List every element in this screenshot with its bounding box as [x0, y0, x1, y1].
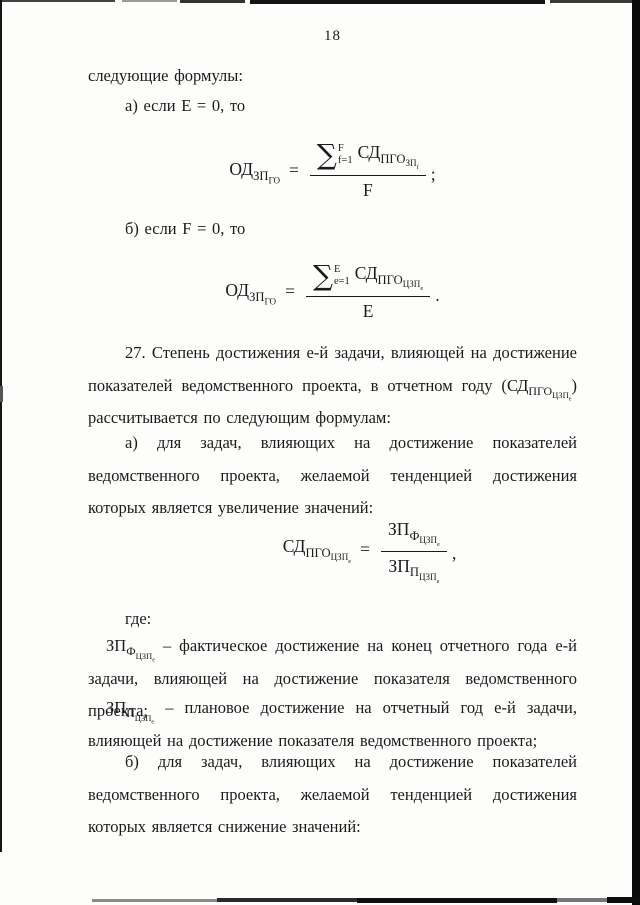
paragraph-intro: следующие формулы:	[88, 60, 577, 93]
term-subsub: ЦЗП	[552, 390, 569, 400]
scan-edge-top	[0, 0, 115, 2]
scan-edge-left	[0, 0, 2, 852]
scan-edge-top	[180, 0, 245, 3]
term-sub: Ф	[126, 644, 135, 658]
fraction: ∑ Ff=1 СДПГОЗПf F	[310, 139, 426, 201]
inline-term-zp-f: ЗПФЦЗПе	[106, 636, 155, 655]
term-sub: ЗП	[249, 290, 264, 304]
term-subsub: ЦЗП	[135, 713, 152, 723]
sum-limits: Ff=1	[338, 143, 353, 167]
paragraph-27: 27. Степень достижения е-й задачи, влияю…	[88, 337, 577, 435]
fraction: ЗПФЦЗПе ЗППЦЗПе	[381, 517, 447, 582]
sum-limits: Ee=1	[334, 264, 350, 288]
subscript: ЗПf	[406, 158, 419, 168]
inline-term-zp-p: ЗППЦЗПе	[106, 698, 154, 717]
document-page: 18 следующие формулы: а) если E = 0, то …	[0, 0, 640, 905]
sum-symbol: ∑	[313, 262, 333, 290]
subscript: е	[420, 285, 423, 292]
term-sub: ПГО	[305, 546, 330, 560]
subscript: ЦЗПе	[403, 279, 424, 289]
subscript: ПЦЗПе	[410, 565, 440, 579]
paragraph-sub-a: а) для задач, влияющих на достижение пок…	[88, 427, 577, 525]
subscript: ЦЗПе	[552, 390, 571, 400]
formula-punctuation: .	[435, 285, 439, 306]
subscript: ЦЗПе	[419, 572, 440, 582]
subscript: ЦЗПе	[419, 535, 440, 545]
term-base: СД	[355, 263, 378, 283]
equals-sign: =	[285, 281, 295, 302]
subscript: ЗПГО	[253, 169, 280, 183]
formula-1-lhs: ОДЗПГО	[229, 159, 280, 180]
term-sub: Ф	[409, 529, 419, 543]
scan-edge-bottom	[92, 899, 217, 902]
subscript: ГО	[265, 297, 277, 307]
scan-edge-bottom	[557, 898, 607, 902]
scan-edge-top	[122, 0, 177, 2]
formula-3: СДПГОЦЗПе = ЗПФЦЗПе ЗППЦЗПе ,	[88, 517, 577, 582]
subscript: е	[152, 657, 155, 663]
term-subsubsub: е	[152, 657, 155, 663]
subscript: ПГОЦЗПе	[378, 273, 424, 287]
sum-upper-limit: E	[334, 264, 340, 276]
subscript: ЦЗПе	[331, 552, 352, 562]
scan-edge-right	[632, 0, 640, 905]
subscript: ФЦЗПе	[126, 644, 155, 658]
fraction-numerator: ∑ Ee=1 СДПГОЦЗПе	[306, 260, 430, 297]
term-subsubsub: е	[569, 397, 572, 403]
term-subsub: ЗП	[406, 158, 417, 168]
fraction-denominator: F	[363, 176, 373, 201]
term-subsubsub: е	[420, 285, 423, 292]
subscript: ЦЗПе	[135, 713, 154, 723]
scan-edge-top	[550, 0, 640, 3]
term-sub: П	[126, 706, 135, 720]
term-base: ЗП	[388, 556, 409, 576]
subscript: е	[569, 397, 572, 403]
scan-edge-left-mark	[0, 386, 3, 402]
term-sub: ПГО	[378, 273, 403, 287]
subscript: ПЦЗПе	[126, 706, 154, 720]
term-sd-pgo-czp: СДПГОЦЗПе	[355, 263, 423, 289]
term-subsub: ГО	[268, 176, 280, 186]
subscript: ЦЗПе	[136, 651, 155, 661]
term-sub: П	[410, 565, 419, 579]
formula-punctuation: ,	[452, 543, 456, 564]
term-zp-p: ЗППЦЗПе	[388, 556, 439, 582]
scan-edge-bottom	[217, 898, 357, 902]
term-subsub: ЦЗП	[419, 572, 437, 582]
term-subsubsub: е	[437, 578, 440, 585]
subscript: ФЦЗПе	[409, 529, 440, 543]
term-subsub: ЦЗП	[403, 279, 421, 289]
inline-term-sd-pgo-czp: СДПГОЦЗПе	[507, 376, 572, 395]
term-base: СД	[283, 536, 306, 556]
subscript: е	[437, 541, 440, 548]
scan-edge-top	[250, 0, 545, 4]
term-subsub: ЦЗП	[419, 535, 437, 545]
formula-2: ОДЗПГО = ∑ Ee=1 СДПГОЦЗПе E .	[88, 260, 577, 322]
term-base: СД	[358, 142, 381, 162]
term-zp-f: ЗПФЦЗПе	[388, 519, 440, 545]
paragraph-sub-b: б) для задач, влияющих на достижение пок…	[88, 746, 577, 844]
subscript: ПГОЗПf	[380, 152, 418, 166]
equals-sign: =	[289, 160, 299, 181]
formula-2-lhs: ОДЗПГО	[225, 280, 276, 301]
sum-lower-limit: e=1	[334, 276, 350, 288]
term-sub: ПГО	[380, 152, 405, 166]
scan-edge-bottom	[357, 898, 557, 903]
subscript: е	[437, 578, 440, 585]
subscript: е	[348, 558, 351, 565]
equals-sign: =	[360, 539, 370, 560]
fraction-numerator: ЗПФЦЗПе	[381, 517, 447, 552]
fraction-numerator: ∑ Ff=1 СДПГОЗПf	[310, 139, 426, 176]
subscript: ПГОЦЗПе	[305, 546, 351, 560]
fraction-denominator: ЗППЦЗПе	[388, 552, 439, 582]
term-subsubsub: е	[437, 541, 440, 548]
term-sd-pgo-zp-f: СДПГОЗПf	[358, 142, 419, 168]
case-b-label: б) если F = 0, то	[88, 213, 577, 246]
scan-edge-bottom	[607, 897, 640, 903]
case-a-label: а) если E = 0, то	[88, 90, 577, 123]
formula-punctuation: ;	[431, 164, 436, 185]
term-base: ЗП	[106, 636, 126, 655]
term-base: ЗП	[388, 519, 409, 539]
term-base: СД	[507, 376, 528, 395]
page-number: 18	[88, 28, 577, 45]
term-base: ОД	[229, 159, 253, 179]
definition-text: – плановое достижение на отчетный год е-…	[88, 698, 577, 750]
subscript: ГО	[268, 176, 280, 186]
sum-lower-limit: f=1	[338, 155, 353, 167]
term-subsubsub: f	[417, 164, 419, 171]
term-sub: ЗП	[253, 169, 268, 183]
term-base: ЗП	[106, 698, 126, 717]
term-sub: ПГО	[528, 384, 552, 398]
subscript: f	[417, 164, 419, 171]
fraction: ∑ Ee=1 СДПГОЦЗПе E	[306, 260, 430, 322]
term-subsubsub: е	[348, 558, 351, 565]
sum-upper-limit: F	[338, 143, 344, 155]
sum-symbol: ∑	[317, 141, 337, 169]
fraction-denominator: E	[363, 297, 374, 322]
subscript: ПГОЦЗПе	[528, 384, 571, 398]
subscript: е	[151, 719, 154, 725]
term-subsub: ЦЗП	[331, 552, 349, 562]
subscript: ЗПГО	[249, 290, 276, 304]
term-base: ОД	[225, 280, 249, 300]
formula-3-lhs: СДПГОЦЗПе	[283, 536, 351, 562]
formula-1: ОДЗПГО = ∑ Ff=1 СДПГОЗПf F ;	[88, 139, 577, 201]
term-subsub: ГО	[265, 297, 277, 307]
term-subsub: ЦЗП	[136, 651, 153, 661]
paragraph-27-text-before: 27. Степень достижения е-й задачи, влияю…	[88, 343, 577, 395]
term-subsubsub: е	[151, 719, 154, 725]
